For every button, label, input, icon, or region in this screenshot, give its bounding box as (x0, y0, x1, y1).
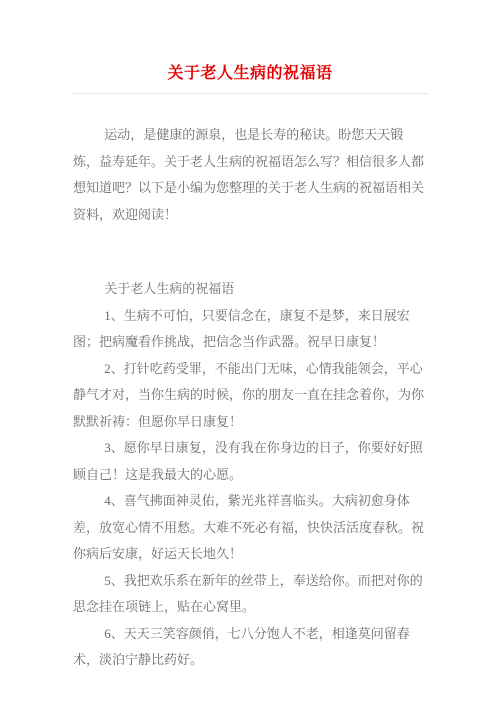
page-title: 关于老人生病的祝福语 (36, 64, 464, 84)
blessing-item-5: 5、我把欢乐系在新年的丝带上，奉送给你。而把对你的思念挂在项链上，贴在心窝里。 (73, 568, 428, 621)
title-divider (73, 93, 428, 94)
document-page: 关于老人生病的祝福语 运动，是健康的源泉，也是长寿的秘诀。盼您天天锻炼，益寿延年… (0, 0, 500, 707)
blessing-item-1: 1、生病不可怕，只要信念在，康复不是梦，来日展宏图；把病魔看作挑战，把信念当作武… (73, 303, 428, 356)
blessing-item-4: 4、喜气拂面神灵佑，紫光兆祥喜临头。大病初愈身体差，放宽心情不用愁。大难不死必有… (73, 488, 428, 568)
intro-paragraph: 运动，是健康的源泉，也是长寿的秘诀。盼您天天锻炼，益寿延年。关于老人生病的祝福语… (73, 122, 428, 228)
section-subheading: 关于老人生病的祝福语 (73, 276, 428, 303)
blessing-item-2: 2、打针吃药受罪，不能出门无味，心情我能领会，平心静气才对，当你生病的时候，你的… (73, 356, 428, 436)
blessing-item-6: 6、天天三笑容颜俏，七八分饱人不老，相逢莫问留春术，淡泊宁静比药好。 (73, 621, 428, 674)
document-content: 运动，是健康的源泉，也是长寿的秘诀。盼您天天锻炼，益寿延年。关于老人生病的祝福语… (73, 122, 428, 674)
blessing-item-3: 3、愿你早日康复，没有我在你身边的日子，你要好好照顾自己！这是我最大的心愿。 (73, 435, 428, 488)
